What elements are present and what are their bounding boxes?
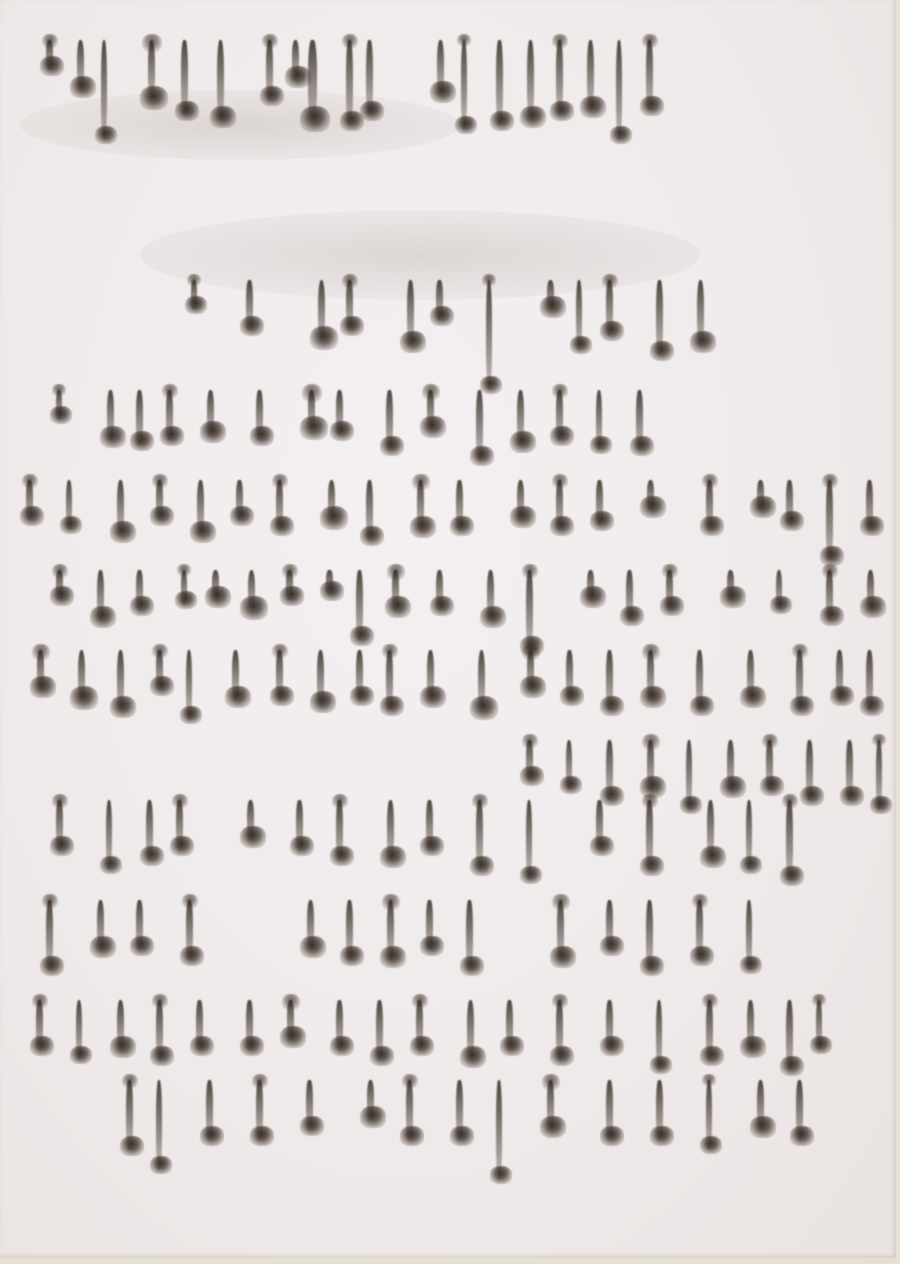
- ink-fingerprint-mark: [460, 956, 484, 976]
- ink-dot-mark: [272, 474, 288, 488]
- ink-fingerprint-mark: [240, 596, 268, 620]
- ink-fingerprint-mark: [750, 496, 776, 518]
- ink-fingerprint-mark: [780, 1056, 804, 1076]
- ink-dot-mark: [282, 564, 298, 578]
- ink-fingerprint-mark: [520, 766, 544, 786]
- ink-fingerprint-mark: [810, 1036, 832, 1054]
- ink-dot-mark: [522, 734, 538, 748]
- ink-fingerprint-mark: [350, 686, 374, 706]
- ink-fingerprint-mark: [240, 826, 266, 848]
- ink-dot-mark: [177, 564, 191, 576]
- ink-fingerprint-mark: [250, 1126, 274, 1146]
- ink-fingerprint-mark: [420, 416, 446, 438]
- ink-dot-mark: [272, 644, 288, 658]
- ink-dot-mark: [552, 34, 568, 48]
- ink-fingerprint-mark: [660, 596, 684, 616]
- ink-fingerprint-mark: [380, 696, 404, 716]
- ink-fingerprint-mark: [160, 426, 184, 446]
- ink-fingerprint-mark: [190, 521, 216, 543]
- ink-dot-mark: [302, 384, 322, 402]
- ink-dot-mark: [662, 564, 678, 578]
- ink-fingerprint-mark: [750, 1116, 776, 1138]
- ink-fingerprint-mark: [450, 516, 474, 536]
- ink-fingerprint-mark: [360, 101, 384, 121]
- ink-fingerprint-mark: [20, 506, 44, 526]
- ink-fingerprint-mark: [30, 676, 56, 698]
- ink-fingerprint-mark: [600, 1126, 624, 1146]
- ink-dot-mark: [52, 384, 66, 396]
- ink-fingerprint-mark: [540, 1116, 566, 1138]
- ink-fingerprint-mark: [280, 586, 304, 606]
- ink-dot-mark: [402, 1074, 418, 1088]
- ink-fingerprint-mark: [860, 696, 884, 716]
- ink-fingerprint-mark: [520, 106, 546, 128]
- ink-dot-mark: [822, 474, 838, 488]
- ink-fingerprint-mark: [285, 66, 311, 88]
- ink-dot-mark: [142, 34, 162, 52]
- ink-dot-mark: [642, 34, 658, 48]
- ink-fingerprint-mark: [460, 1046, 486, 1068]
- ink-fingerprint-mark: [280, 1026, 306, 1048]
- ink-fingerprint-mark: [720, 776, 746, 798]
- ink-fingerprint-mark: [740, 856, 762, 874]
- ink-fingerprint-mark: [185, 296, 207, 314]
- ink-fingerprint-mark: [290, 836, 314, 856]
- ink-fingerprint-mark: [205, 586, 231, 608]
- ink-fingerprint-mark: [130, 431, 154, 451]
- ink-fingerprint-mark: [360, 1106, 386, 1128]
- ink-fingerprint-mark: [630, 436, 654, 456]
- ink-fingerprint-mark: [200, 1126, 224, 1146]
- ink-fingerprint-mark: [590, 511, 614, 531]
- ink-dot-mark: [522, 564, 538, 578]
- ink-fingerprint-mark: [550, 516, 574, 536]
- ink-fingerprint-mark: [420, 936, 444, 956]
- ink-dot-mark: [32, 994, 48, 1008]
- ink-fingerprint-mark: [310, 326, 338, 350]
- ink-fingerprint-mark: [470, 446, 494, 466]
- ink-fingerprint-mark: [780, 511, 804, 531]
- ink-dot-mark: [482, 274, 496, 286]
- ink-fingerprint-mark: [70, 686, 98, 710]
- ink-dot-mark: [812, 994, 826, 1006]
- ink-fingerprint-mark: [350, 626, 374, 646]
- ink-dot-mark: [32, 644, 50, 660]
- ink-fingerprint-mark: [330, 846, 354, 866]
- ink-dot-mark: [792, 644, 808, 658]
- ink-fingerprint-mark: [95, 126, 117, 144]
- ink-fingerprint-mark: [455, 116, 477, 134]
- ink-fingerprint-mark: [30, 1036, 54, 1056]
- ink-fingerprint-mark: [150, 676, 174, 696]
- ink-fingerprint-mark: [590, 836, 614, 856]
- ink-fingerprint-mark: [90, 936, 116, 958]
- ink-dot-mark: [152, 474, 168, 488]
- ink-dot-mark: [602, 274, 618, 288]
- ink-fingerprint-mark: [720, 586, 746, 608]
- ink-fingerprint-mark: [70, 76, 96, 98]
- ink-fingerprint-mark: [650, 1126, 674, 1146]
- ink-fingerprint-mark: [700, 1046, 724, 1066]
- ink-dust-middle: [140, 210, 700, 300]
- ink-fingerprint-mark: [860, 516, 884, 536]
- ink-fingerprint-mark: [300, 106, 330, 132]
- ink-fingerprint-mark: [210, 106, 236, 128]
- ink-fingerprint-mark: [130, 936, 154, 956]
- ink-fingerprint-mark: [820, 546, 844, 566]
- ink-fingerprint-mark: [690, 946, 714, 966]
- ink-dot-mark: [642, 644, 660, 660]
- ink-dot-mark: [342, 274, 358, 288]
- ink-fingerprint-mark: [430, 81, 456, 103]
- ink-fingerprint-mark: [640, 856, 664, 876]
- ink-fingerprint-mark: [410, 1036, 434, 1056]
- ink-fingerprint-mark: [700, 516, 724, 536]
- paper-sheet: [0, 0, 896, 1258]
- ink-dot-mark: [382, 644, 398, 658]
- ink-fingerprint-mark: [180, 946, 204, 966]
- ink-fingerprint-mark: [700, 846, 726, 868]
- ink-fingerprint-mark: [510, 431, 536, 453]
- ink-fingerprint-mark: [310, 691, 336, 713]
- ink-dot-mark: [472, 794, 488, 808]
- ink-fingerprint-mark: [300, 1116, 324, 1136]
- ink-fingerprint-mark: [180, 706, 202, 724]
- ink-fingerprint-mark: [740, 956, 762, 974]
- ink-fingerprint-mark: [380, 436, 404, 456]
- ink-dot-mark: [702, 1074, 716, 1086]
- ink-fingerprint-mark: [90, 606, 116, 628]
- ink-fingerprint-mark: [830, 686, 854, 706]
- ink-fingerprint-mark: [110, 1036, 136, 1058]
- ink-fingerprint-mark: [700, 1136, 722, 1154]
- ink-fingerprint-mark: [190, 1036, 214, 1056]
- ink-dust-top: [20, 90, 460, 160]
- ink-stroke: [486, 280, 492, 390]
- ink-dot-mark: [42, 894, 58, 908]
- ink-dot-mark: [152, 644, 168, 658]
- ink-fingerprint-mark: [100, 426, 126, 448]
- ink-dot-mark: [412, 474, 430, 490]
- ink-dot-mark: [422, 384, 440, 400]
- ink-fingerprint-mark: [225, 686, 251, 708]
- ink-fingerprint-mark: [175, 591, 197, 609]
- ink-dot-mark: [52, 794, 68, 808]
- ink-dot-mark: [187, 274, 201, 286]
- ink-fingerprint-mark: [140, 846, 164, 866]
- ink-dot-mark: [332, 794, 348, 808]
- ink-dot-mark: [252, 1074, 268, 1088]
- ink-fingerprint-mark: [430, 596, 454, 616]
- ink-fingerprint-mark: [340, 316, 364, 336]
- ink-fingerprint-mark: [300, 416, 328, 440]
- ink-fingerprint-mark: [480, 376, 502, 394]
- ink-fingerprint-mark: [40, 56, 64, 76]
- ink-fingerprint-mark: [740, 1036, 766, 1058]
- ink-fingerprint-mark: [150, 1046, 174, 1066]
- ink-fingerprint-mark: [50, 586, 74, 606]
- ink-dot-mark: [522, 644, 540, 660]
- ink-fingerprint-mark: [520, 676, 546, 698]
- ink-fingerprint-mark: [130, 596, 154, 616]
- ink-fingerprint-mark: [380, 946, 406, 968]
- ink-fingerprint-mark: [550, 101, 574, 121]
- ink-fingerprint-mark: [610, 126, 632, 144]
- ink-fingerprint-mark: [70, 1046, 92, 1064]
- ink-fingerprint-mark: [860, 596, 886, 618]
- ink-fingerprint-mark: [360, 526, 384, 546]
- ink-fingerprint-mark: [385, 596, 411, 618]
- ink-dot-mark: [122, 1074, 138, 1088]
- ink-dot-mark: [162, 384, 178, 398]
- ink-fingerprint-mark: [780, 866, 804, 886]
- ink-fingerprint-mark: [540, 296, 566, 318]
- ink-fingerprint-mark: [330, 1036, 354, 1056]
- ink-fingerprint-mark: [790, 1126, 814, 1146]
- ink-dot-mark: [152, 994, 168, 1008]
- ink-stroke: [101, 40, 107, 140]
- ink-dot-mark: [692, 894, 708, 908]
- ink-fingerprint-mark: [60, 516, 82, 534]
- ink-fingerprint-mark: [240, 316, 264, 336]
- ink-fingerprint-mark: [690, 331, 716, 353]
- ink-fingerprint-mark: [870, 796, 892, 814]
- ink-fingerprint-mark: [520, 866, 542, 884]
- ink-fingerprint-mark: [140, 86, 168, 110]
- ink-fingerprint-mark: [170, 836, 194, 856]
- ink-dot-mark: [642, 794, 658, 808]
- ink-fingerprint-mark: [560, 776, 582, 794]
- ink-dot-mark: [412, 994, 428, 1008]
- ink-dot-mark: [262, 34, 278, 48]
- ink-dot-mark: [457, 34, 471, 46]
- ink-fingerprint-mark: [470, 856, 494, 876]
- ink-fingerprint-mark: [620, 606, 644, 626]
- ink-fingerprint-mark: [560, 686, 584, 706]
- ink-fingerprint-mark: [650, 1056, 672, 1074]
- ink-fingerprint-mark: [600, 1036, 624, 1056]
- ink-stroke: [496, 1080, 502, 1180]
- ink-fingerprint-mark: [570, 336, 592, 354]
- ink-fingerprint-mark: [790, 696, 814, 716]
- ink-stroke: [616, 40, 622, 140]
- ink-fingerprint-mark: [640, 956, 664, 976]
- ink-fingerprint-mark: [550, 946, 576, 968]
- ink-fingerprint-mark: [600, 696, 624, 716]
- ink-fingerprint-mark: [330, 421, 354, 441]
- ink-fingerprint-mark: [590, 436, 612, 454]
- ink-dot-mark: [552, 894, 570, 910]
- ink-fingerprint-mark: [430, 306, 454, 326]
- ink-fingerprint-mark: [690, 696, 714, 716]
- ink-fingerprint-mark: [400, 1126, 424, 1146]
- ink-dot-mark: [872, 734, 886, 746]
- ink-dot-mark: [387, 564, 405, 580]
- ink-dot-mark: [182, 894, 198, 908]
- ink-fingerprint-mark: [40, 956, 64, 976]
- ink-fingerprint-mark: [450, 1126, 474, 1146]
- ink-fingerprint-mark: [740, 686, 766, 708]
- ink-fingerprint-mark: [100, 856, 122, 874]
- ink-dot-mark: [552, 384, 568, 398]
- ink-fingerprint-mark: [650, 341, 674, 361]
- ink-dot-mark: [282, 994, 300, 1010]
- ink-fingerprint-mark: [320, 506, 348, 530]
- ink-fingerprint-mark: [500, 1036, 524, 1056]
- ink-dot-mark: [542, 1074, 560, 1090]
- ink-fingerprint-mark: [580, 586, 606, 608]
- ink-fingerprint-mark: [400, 331, 426, 353]
- ink-fingerprint-mark: [640, 686, 666, 708]
- ink-fingerprint-mark: [600, 321, 624, 341]
- ink-fingerprint-mark: [580, 96, 606, 118]
- ink-fingerprint-mark: [300, 936, 326, 958]
- ink-fingerprint-mark: [370, 1046, 394, 1066]
- ink-fingerprint-mark: [110, 696, 136, 718]
- ink-fingerprint-mark: [550, 1046, 574, 1066]
- ink-fingerprint-mark: [230, 506, 254, 526]
- ink-fingerprint-mark: [800, 786, 824, 806]
- ink-dot-mark: [22, 474, 38, 488]
- ink-fingerprint-mark: [340, 946, 364, 966]
- ink-fingerprint-mark: [120, 1136, 144, 1156]
- ink-fingerprint-mark: [175, 101, 199, 121]
- ink-fingerprint-mark: [240, 1036, 264, 1056]
- ink-fingerprint-mark: [490, 111, 514, 131]
- ink-fingerprint-mark: [410, 516, 436, 538]
- ink-fingerprint-mark: [510, 506, 536, 528]
- ink-fingerprint-mark: [200, 421, 226, 443]
- ink-dot-mark: [552, 474, 568, 488]
- ink-dot-mark: [382, 894, 400, 910]
- ink-fingerprint-mark: [420, 686, 446, 708]
- ink-fingerprint-mark: [490, 1166, 512, 1184]
- ink-fingerprint-mark: [470, 696, 498, 720]
- ink-dot-mark: [172, 794, 188, 808]
- ink-dot-mark: [702, 994, 718, 1008]
- ink-fingerprint-mark: [320, 581, 344, 601]
- ink-fingerprint-mark: [760, 776, 784, 796]
- ink-fingerprint-mark: [840, 786, 864, 806]
- ink-fingerprint-mark: [50, 836, 74, 856]
- ink-dot-mark: [782, 794, 798, 808]
- ink-fingerprint-mark: [480, 606, 506, 628]
- ink-fingerprint-mark: [380, 846, 406, 868]
- ink-fingerprint-mark: [640, 96, 664, 116]
- ink-fingerprint-mark: [270, 686, 294, 706]
- ink-fingerprint-mark: [150, 1156, 172, 1174]
- ink-fingerprint-mark: [150, 506, 174, 526]
- ink-fingerprint-mark: [680, 796, 702, 814]
- ink-dot-mark: [552, 994, 568, 1008]
- ink-dot-mark: [52, 564, 68, 578]
- ink-fingerprint-mark: [600, 786, 624, 806]
- ink-fingerprint-mark: [820, 606, 844, 626]
- ink-dot-mark: [642, 734, 660, 750]
- ink-fingerprint-mark: [640, 496, 666, 518]
- ink-dot-mark: [702, 474, 718, 488]
- ink-fingerprint-mark: [600, 936, 624, 956]
- ink-dot-mark: [822, 564, 838, 578]
- ink-dot-mark: [762, 734, 778, 748]
- ink-fingerprint-mark: [550, 426, 574, 446]
- ink-fingerprint-mark: [50, 406, 72, 424]
- ink-dot-mark: [42, 34, 58, 48]
- ink-fingerprint-mark: [270, 516, 294, 536]
- ink-fingerprint-mark: [250, 426, 274, 446]
- ink-fingerprint-mark: [770, 596, 792, 614]
- ink-fingerprint-mark: [260, 86, 284, 106]
- ink-fingerprint-mark: [420, 836, 444, 856]
- ink-fingerprint-mark: [110, 521, 136, 543]
- ink-dot-mark: [342, 34, 358, 48]
